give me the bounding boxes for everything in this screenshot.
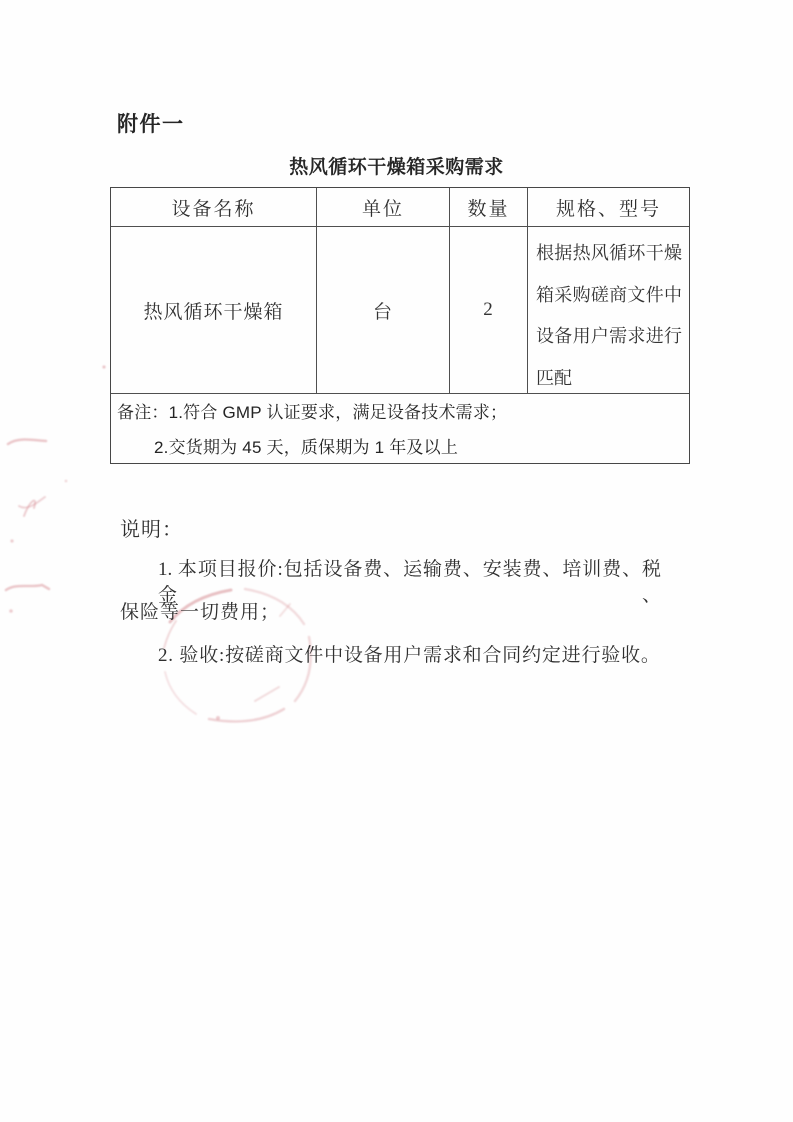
column-header-spec-model: 规格、型号 <box>528 188 689 227</box>
procurement-table: 设备名称 单位 数量 规格、型号 热风循环干燥箱 台 2 根据热风循环干燥 箱采… <box>110 187 690 464</box>
spec-line: 箱采购磋商文件中 <box>536 275 682 317</box>
note-item-2: 2. 验收:按磋商文件中设备用户需求和合同约定进行验收。 <box>158 643 661 669</box>
cell-quantity: 2 <box>450 227 528 394</box>
remark-line-2: 2.交货期为 45 天，质保期为 1 年及以上 <box>117 436 685 460</box>
spec-line: 根据热风循环干燥 <box>536 233 682 275</box>
column-header-quantity: 数量 <box>450 188 528 227</box>
spec-line: 匹配 <box>536 358 682 400</box>
cell-spec-model: 根据热风循环干燥 箱采购磋商文件中 设备用户需求进行 匹配 <box>528 227 689 394</box>
column-header-device-name: 设备名称 <box>111 188 317 227</box>
attachment-label: 附件一 <box>117 108 185 138</box>
spec-line: 设备用户需求进行 <box>536 316 682 358</box>
page-title: 热风循环干燥箱采购需求 <box>0 152 793 179</box>
table-remarks-cell: 备注：1.符合 GMP 认证要求，满足设备技术需求； 2.交货期为 45 天，质… <box>111 394 689 463</box>
note-item-1-line-2: 保险等一切费用； <box>120 600 280 626</box>
remark-line-1: 备注：1.符合 GMP 认证要求，满足设备技术需求； <box>117 401 685 425</box>
notes-section-title: 说明： <box>120 513 183 542</box>
cell-unit: 台 <box>317 227 450 394</box>
column-header-unit: 单位 <box>317 188 450 227</box>
scanned-document-page: 附件一 热风循环干燥箱采购需求 设备名称 单位 数量 规格、型号 热风循环干燥箱… <box>0 0 793 1122</box>
cell-device-name: 热风循环干燥箱 <box>111 227 317 394</box>
stamp-stray-marks <box>6 365 106 612</box>
